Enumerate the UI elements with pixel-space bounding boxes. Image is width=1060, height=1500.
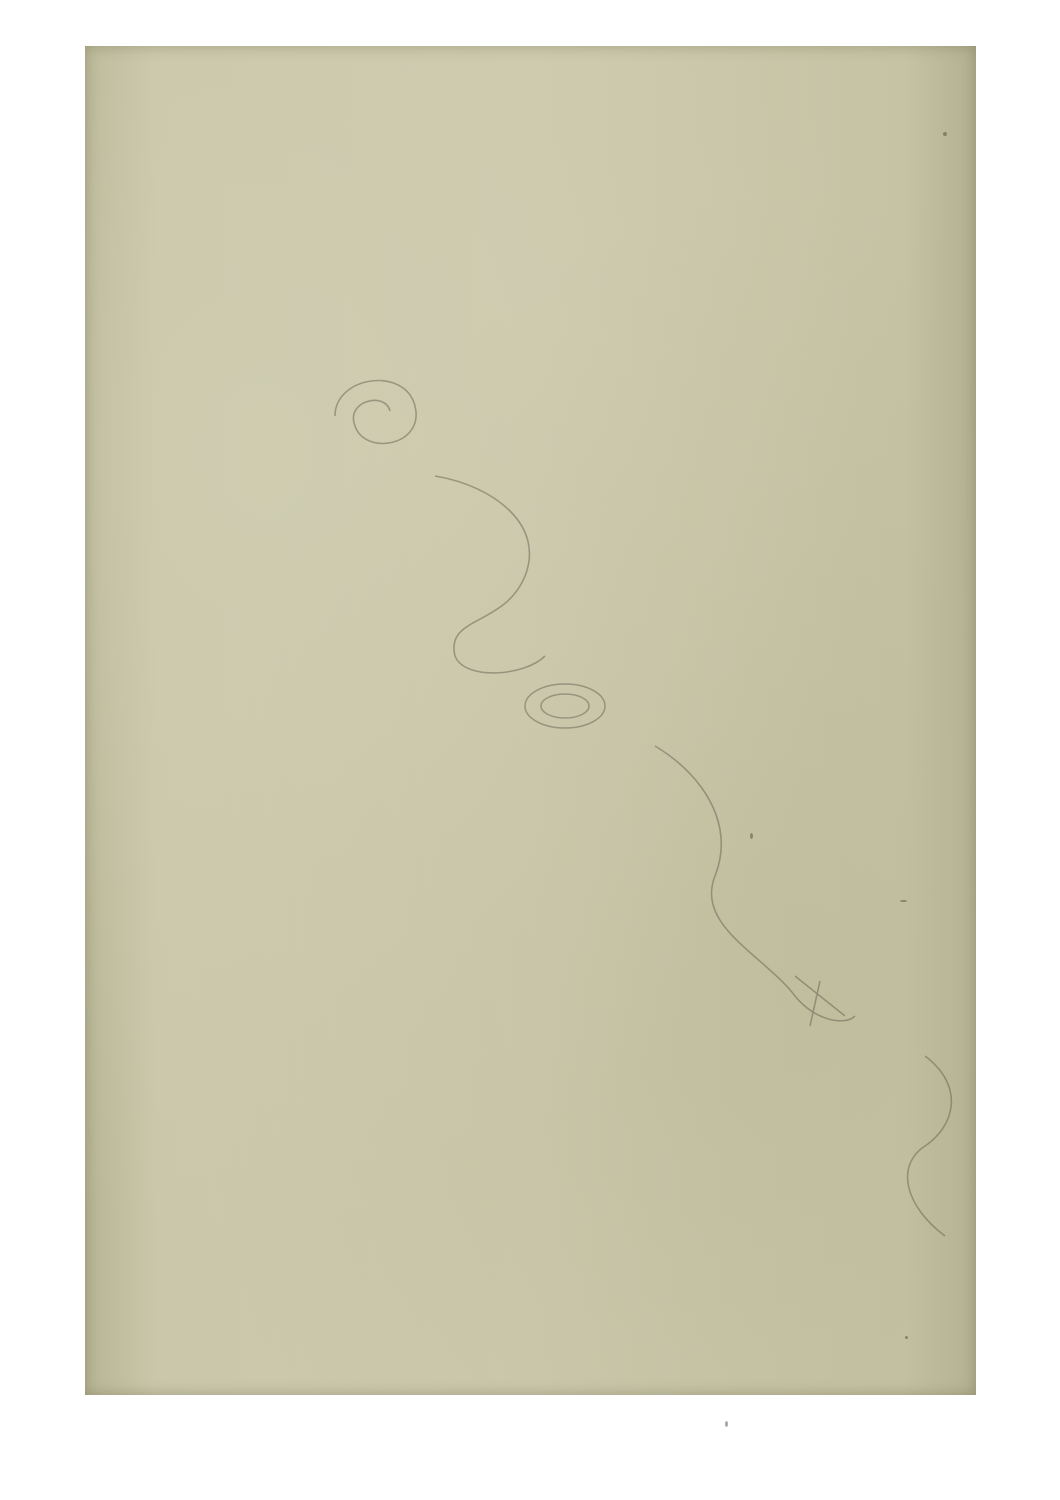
scanned-page [85,46,976,1395]
flourish-ornament-icon [510,646,630,766]
foxing-spot [750,833,753,839]
foxing-spot [943,132,947,136]
foxing-spot [725,1421,728,1427]
flourish-ornament-icon [325,356,445,476]
foxing-spot [905,1336,908,1339]
flourish-ornament-icon [415,466,565,686]
flourish-ornament-icon [865,1046,975,1246]
foxing-spot [900,900,907,902]
flourish-ornament-icon [645,736,865,1036]
